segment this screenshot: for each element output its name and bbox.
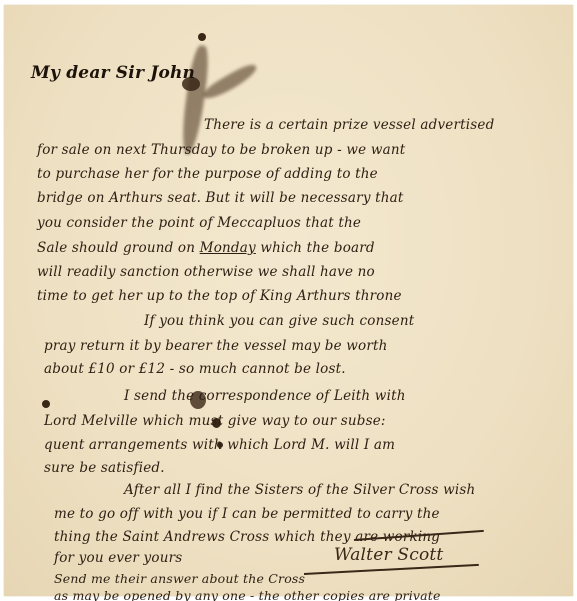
ink-smear bbox=[201, 61, 260, 103]
postscript-line: Send me their answer about the Cross bbox=[54, 571, 305, 586]
ink-smear bbox=[178, 44, 211, 155]
letter-line: If you think you can give such consent bbox=[144, 313, 414, 329]
signature-underline bbox=[304, 564, 479, 575]
letter-line: you consider the point of Meccapluos tha… bbox=[37, 215, 361, 231]
letter-line: time to get her up to the top of King Ar… bbox=[37, 288, 402, 304]
text: Sale should ground on bbox=[37, 240, 195, 256]
letter-line: pray return it by bearer the vessel may … bbox=[44, 338, 388, 354]
salutation: My dear Sir John bbox=[31, 63, 195, 83]
letter-line: There is a certain prize vessel advertis… bbox=[204, 117, 494, 133]
letter-line: for you ever yours bbox=[54, 550, 182, 566]
letter-line: After all I find the Sisters of the Silv… bbox=[124, 482, 475, 498]
text: which the board bbox=[260, 240, 374, 256]
letter-line: I send the correspondence of Leith with bbox=[124, 388, 406, 404]
underlined-word: Monday bbox=[200, 240, 256, 256]
letter-paper: My dear Sir John There is a certain priz… bbox=[4, 5, 573, 596]
ink-blot bbox=[42, 400, 50, 408]
letter-line: to purchase her for the purpose of addin… bbox=[37, 166, 378, 182]
letter-line: will readily sanction otherwise we shall… bbox=[37, 264, 375, 280]
signature: Walter Scott bbox=[334, 545, 443, 565]
letter-line: bridge on Arthurs seat. But it will be n… bbox=[37, 190, 404, 206]
postscript-line: as may be opened by any one - the other … bbox=[54, 588, 441, 601]
letter-line-6: Sale should ground on Monday which the b… bbox=[37, 240, 375, 256]
ink-blot bbox=[198, 33, 206, 41]
letter-line: about £10 or £12 - so much cannot be los… bbox=[44, 361, 346, 377]
letter-line: Lord Melville which must give way to our… bbox=[44, 413, 386, 429]
letter-line: for sale on next Thursday to be broken u… bbox=[37, 142, 405, 158]
letter-line: sure be satisfied. bbox=[44, 460, 165, 476]
letter-line: me to go off with you if I can be permit… bbox=[54, 506, 440, 522]
letter-line: quent arrangements with which Lord M. wi… bbox=[44, 437, 395, 453]
